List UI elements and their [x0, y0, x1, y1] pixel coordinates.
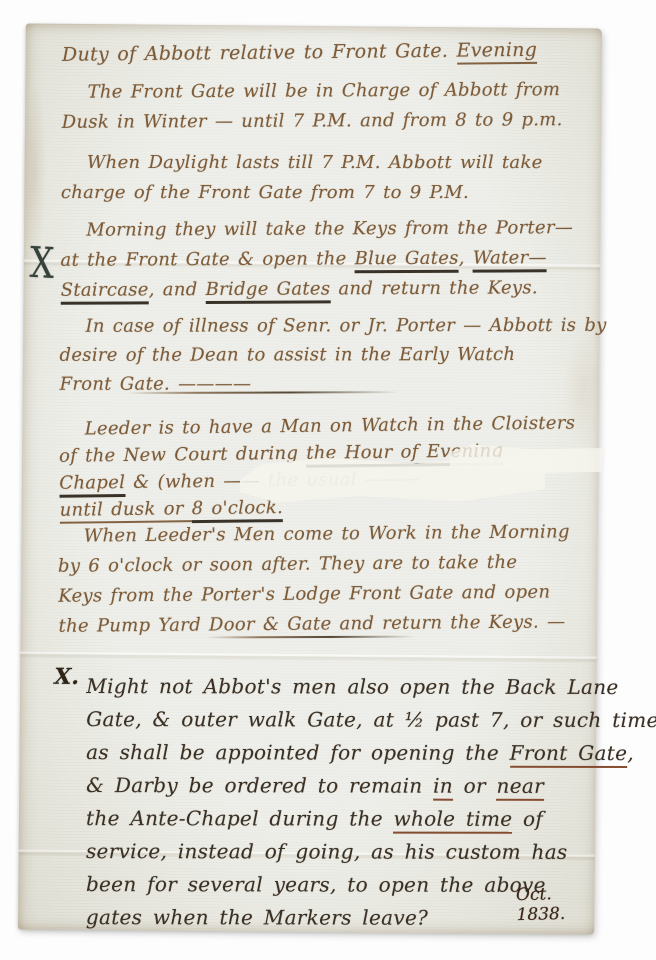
text-run: , — [627, 741, 634, 765]
manuscript-line: Dusk in Winter — until 7 P.M. and from 8… — [62, 105, 584, 138]
underlined-phrase: whole time — [394, 807, 513, 834]
text-run: charge of the Front Gate from 7 to 9 P.M… — [61, 182, 469, 203]
manuscript-line: Morning they will take the Keys from the… — [60, 213, 582, 246]
note-x-mark: X. — [54, 664, 79, 690]
text-run: service, instead of going, as his custom… — [86, 839, 568, 864]
text-run: In case of illness of Senr. or Jr. Porte… — [85, 315, 606, 337]
manuscript-line: charge of the Front Gate from 7 to 9 P.M… — [61, 178, 583, 208]
text-run: desire of the Dean to assist in the Earl… — [60, 344, 516, 366]
underlined-phrase: the Hour of Evening — [306, 440, 503, 467]
text-run: Duty of Abbott relative to Front Gate. — [62, 40, 457, 66]
underlined-phrase: Front Gate — [510, 741, 628, 768]
underlined-phrase: Bridge Gates — [205, 278, 330, 304]
underlined-phrase: in — [433, 774, 453, 801]
manuscript-line: service, instead of going, as his custom… — [86, 835, 586, 869]
paragraph-morning-keys: Morning they will take the Keys from the… — [60, 213, 582, 306]
text-run: Morning they will take the Keys from the… — [86, 217, 573, 241]
scanned-document-background: Duty of Abbott relative to Front Gate. E… — [0, 0, 656, 960]
text-run: When Leeder's Men come to Work in the Mo… — [84, 521, 570, 546]
text-run: of — [512, 807, 543, 831]
manuscript-line: Might not Abbot's men also open the Back… — [86, 670, 586, 704]
manuscript-line: When Daylight lasts till 7 P.M. Abbott w… — [61, 148, 583, 178]
underlined-phrase: Water— — [473, 247, 547, 272]
manuscript-line: of the New Court during the Hour of Even… — [59, 436, 581, 469]
manuscript-line: as shall be appointed for opening the Fr… — [86, 736, 586, 770]
manuscript-line: Duty of Abbott relative to Front Gate. E… — [62, 34, 584, 69]
paragraph-leeders-men: When Leeder's Men come to Work in the Mo… — [58, 517, 581, 642]
margin-x-mark: X — [29, 238, 55, 289]
underlined-phrase: Blue Gates — [355, 248, 459, 274]
text-run: the usual ——— — [268, 468, 420, 491]
manuscript-line: been for several years, to open the abov… — [86, 868, 586, 902]
manuscript-line: Front Gate. ———— — [60, 369, 582, 399]
manuscript-line: The Front Gate will be in Charge of Abbo… — [61, 75, 583, 108]
manuscript-line: In case of illness of Senr. or Jr. Porte… — [59, 311, 581, 341]
text-run: the Ante-Chapel during the — [86, 806, 394, 831]
paragraph-daylight: When Daylight lasts till 7 P.M. Abbott w… — [61, 148, 583, 208]
text-run: Dusk in Winter — until 7 P.M. and from 8… — [62, 109, 563, 133]
underlined-phrase: Staircase — [61, 279, 149, 304]
text-run: the Pump Yard Door & Gate and return the… — [58, 611, 565, 636]
text-run: gates when the Markers leave? — [86, 905, 428, 930]
text-run: Leeder is to have a Man on Watch in the … — [85, 412, 576, 439]
fold-crease — [20, 651, 596, 663]
text-run: Gate, & outer walk Gate, at ½ past 7, or… — [86, 707, 656, 732]
underlined-phrase: Evening — [456, 39, 537, 65]
manuscript-line: Staircase, and Bridge Gates and return t… — [61, 273, 583, 306]
text-run: & Darby be ordered to remain — [86, 773, 433, 798]
paragraph-illness: In case of illness of Senr. or Jr. Porte… — [59, 311, 581, 399]
underlined-phrase: Chapel — [59, 472, 125, 498]
manuscript-line: Gate, & outer walk Gate, at ½ past 7, or… — [86, 703, 586, 737]
document-heading: Duty of Abbott relative to Front Gate. E… — [62, 34, 584, 69]
manuscript-page: Duty of Abbott relative to Front Gate. E… — [18, 24, 602, 935]
paragraph-front-gate-charge: The Front Gate will be in Charge of Abbo… — [61, 75, 583, 138]
manuscript-line: gates when the Markers leave? — [86, 901, 586, 935]
manuscript-line: When Leeder's Men come to Work in the Mo… — [58, 517, 580, 552]
text-run: or — [453, 774, 497, 798]
manuscript-line: desire of the Dean to assist in the Earl… — [60, 340, 582, 370]
text-run: The Front Gate will be in Charge of Abbo… — [88, 79, 561, 102]
manuscript-line: at the Front Gate & open the Blue Gates,… — [60, 243, 582, 276]
manuscript-line: the Ante-Chapel during the whole time of — [86, 802, 586, 836]
text-run: by 6 o'clock or soon after. They are to … — [58, 552, 517, 577]
text-run: of the New Court during — [59, 443, 306, 467]
manuscript-line: by 6 o'clock or soon after. They are to … — [58, 547, 580, 582]
text-run: at the Front Gate & open the — [60, 248, 354, 271]
text-run: as shall be appointed for opening the — [86, 740, 510, 765]
paper-stain — [20, 83, 48, 263]
manuscript-line: Keys from the Porter's Lodge Front Gate … — [58, 577, 580, 612]
manuscript-line: & Darby be ordered to remain in or near — [86, 769, 586, 803]
text-run: been for several years, to open the abov… — [86, 872, 546, 897]
date-label: Oct. 1838. — [516, 883, 595, 925]
annotation-note: Might not Abbot's men also open the Back… — [86, 670, 586, 935]
text-run: , and — [149, 279, 206, 300]
text-run: and return the Keys. — [330, 277, 538, 299]
text-run: & (when —— — [125, 470, 268, 493]
text-run: , — [459, 248, 473, 269]
text-run: Might not Abbot's men also open the Back… — [86, 674, 618, 699]
paragraph-leeder-watch: Leeder is to have a Man on Watch in the … — [59, 409, 582, 523]
underlined-phrase: near — [497, 774, 544, 801]
text-run: When Daylight lasts till 7 P.M. Abbott w… — [87, 152, 543, 173]
text-run: Keys from the Porter's Lodge Front Gate … — [58, 582, 550, 607]
